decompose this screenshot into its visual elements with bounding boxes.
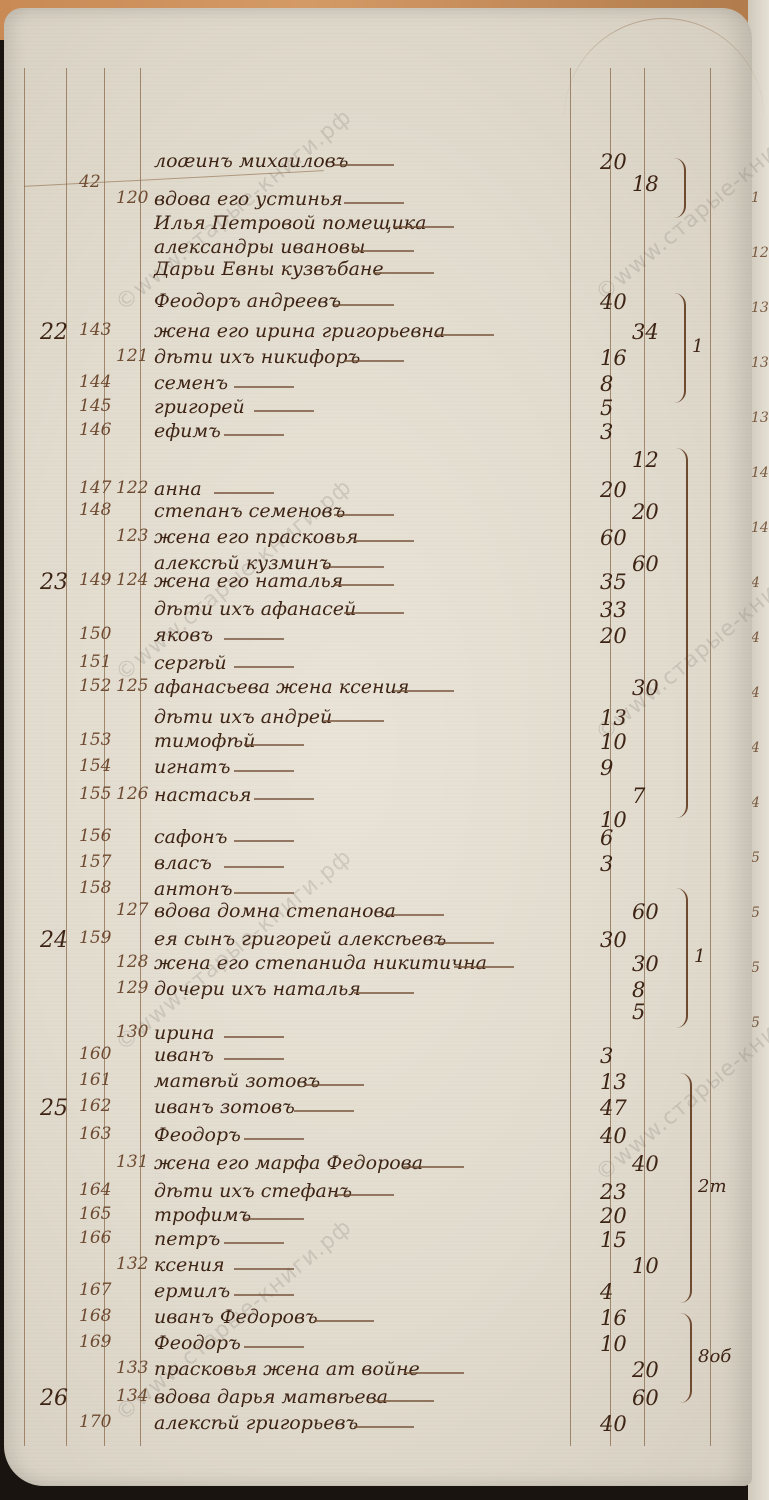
person-name: Илья Петровой помещика bbox=[154, 212, 426, 234]
male-serial-number: 149 bbox=[79, 570, 111, 590]
filler-dash bbox=[224, 866, 284, 868]
ledger-row: 147122анна20 bbox=[4, 478, 752, 502]
person-name: александры ивановы bbox=[154, 236, 365, 258]
filler-dash bbox=[454, 966, 514, 968]
ledger-row: 160иванъ3 bbox=[4, 1044, 752, 1068]
person-name: яковъ bbox=[154, 624, 213, 646]
ledger-row: 130ирина bbox=[4, 1022, 752, 1046]
filler-dash bbox=[324, 566, 384, 568]
female-serial-number: 124 bbox=[116, 570, 148, 590]
female-age: 40 bbox=[632, 1152, 659, 1176]
male-age: 20 bbox=[600, 478, 627, 502]
brace-note: 8об bbox=[698, 1346, 731, 1367]
filler-dash bbox=[244, 744, 304, 746]
filler-dash bbox=[354, 540, 414, 542]
filler-dash bbox=[334, 584, 394, 586]
ledger-row: 121дѣти ихъ никифоръ16 bbox=[4, 346, 752, 370]
ledger-row: 158антонъ bbox=[4, 878, 752, 902]
male-age: 40 bbox=[600, 290, 627, 314]
filler-dash bbox=[404, 1166, 464, 1168]
male-serial-number: 148 bbox=[79, 500, 111, 520]
next-page-number: 4 bbox=[751, 685, 760, 701]
male-age: 20 bbox=[600, 150, 627, 174]
person-name: прасковья жена ат войне bbox=[154, 1358, 420, 1380]
male-age: 16 bbox=[600, 1306, 627, 1330]
filler-dash bbox=[224, 638, 284, 640]
female-age: 60 bbox=[632, 1386, 659, 1410]
female-serial-number: 127 bbox=[116, 900, 148, 920]
filler-dash bbox=[404, 1372, 464, 1374]
person-name: дочери ихъ наталья bbox=[154, 978, 361, 1000]
female-age: 12 bbox=[632, 448, 659, 472]
ledger-row: 5 bbox=[4, 1000, 752, 1024]
female-age: 30 bbox=[632, 676, 659, 700]
filler-dash bbox=[244, 1218, 304, 1220]
brace-mark bbox=[676, 888, 688, 1028]
filler-dash bbox=[344, 360, 404, 362]
next-page-number: 12 bbox=[751, 245, 769, 261]
male-age: 10 bbox=[600, 730, 627, 754]
filler-dash bbox=[434, 334, 494, 336]
person-name: сергѣй bbox=[154, 652, 227, 674]
ledger-row: 24159ея сынъ григорей алексѣевъ30 bbox=[4, 928, 752, 952]
male-serial-number: 167 bbox=[79, 1280, 111, 1300]
person-name: иванъ зотовъ bbox=[154, 1096, 295, 1118]
male-age: 3 bbox=[600, 420, 613, 444]
person-name: ефимъ bbox=[154, 420, 221, 442]
filler-dash bbox=[434, 942, 494, 944]
ledger-row: 152125афанасьева жена ксения30 bbox=[4, 676, 752, 700]
male-serial-number: 151 bbox=[79, 652, 111, 672]
brace-mark bbox=[680, 1073, 692, 1303]
next-page-number: 5 bbox=[751, 905, 760, 921]
ledger-row: 144семенъ8 bbox=[4, 372, 752, 396]
person-name: вдова дарья матвѣева bbox=[154, 1386, 388, 1408]
next-page-number: 14 bbox=[751, 520, 769, 536]
filler-dash bbox=[394, 226, 454, 228]
female-serial-number: 120 bbox=[116, 188, 148, 208]
brace-note: 1 bbox=[694, 946, 705, 967]
ledger-row: 167ермилъ4 bbox=[4, 1280, 752, 1304]
female-serial-number: 126 bbox=[116, 784, 148, 804]
ledger-row: 23149124жена его наталья35 bbox=[4, 570, 752, 594]
filler-dash bbox=[314, 1320, 374, 1322]
filler-dash bbox=[234, 386, 294, 388]
male-serial-number: 161 bbox=[79, 1070, 111, 1090]
person-name: Феодоръ андреевъ bbox=[154, 290, 341, 312]
person-name: ирина bbox=[154, 1022, 214, 1044]
male-serial-number: 143 bbox=[79, 320, 111, 340]
next-page-number: 4 bbox=[751, 795, 760, 811]
next-page-number: 14 bbox=[751, 465, 769, 481]
female-serial-number: 132 bbox=[116, 1254, 148, 1274]
male-age: 13 bbox=[600, 1070, 627, 1094]
brace-note: 1 bbox=[692, 336, 703, 357]
filler-dash bbox=[224, 434, 284, 436]
male-serial-number: 164 bbox=[79, 1180, 111, 1200]
male-age: 13 bbox=[600, 706, 627, 730]
person-name: афанасьева жена ксения bbox=[154, 676, 409, 698]
ledger-row: 157власъ3 bbox=[4, 852, 752, 876]
female-serial-number: 129 bbox=[116, 978, 148, 998]
male-age: 33 bbox=[600, 598, 627, 622]
filler-dash bbox=[394, 690, 454, 692]
male-serial-number: 170 bbox=[79, 1412, 111, 1432]
ledger-row: 154игнатъ9 bbox=[4, 756, 752, 780]
male-serial-number: 144 bbox=[79, 372, 111, 392]
male-age: 8 bbox=[600, 372, 613, 396]
next-page-number: 13 bbox=[751, 410, 769, 426]
person-name: дѣти ихъ никифоръ bbox=[154, 346, 360, 368]
filler-dash bbox=[214, 492, 274, 494]
male-age: 40 bbox=[600, 1124, 627, 1148]
person-name: Феодоръ bbox=[154, 1124, 241, 1146]
male-serial-number: 156 bbox=[79, 826, 111, 846]
person-name: семенъ bbox=[154, 372, 228, 394]
filler-dash bbox=[334, 304, 394, 306]
male-serial-number: 160 bbox=[79, 1044, 111, 1064]
filler-dash bbox=[334, 514, 394, 516]
male-serial-number: 153 bbox=[79, 730, 111, 750]
filler-dash bbox=[244, 1138, 304, 1140]
ledger-row: 145григорей5 bbox=[4, 396, 752, 420]
ledger-row: 155126настасья7 bbox=[4, 784, 752, 808]
ledger-row: 161матвѣй зотовъ13 bbox=[4, 1070, 752, 1094]
ledger-row: 146ефимъ3 bbox=[4, 420, 752, 444]
male-serial-number: 165 bbox=[79, 1204, 111, 1224]
person-name: Феодоръ bbox=[154, 1332, 241, 1354]
ledger-row: 22143жена его ирина григорьевна34 bbox=[4, 320, 752, 344]
next-page-number: 5 bbox=[751, 960, 760, 976]
male-serial-number: 150 bbox=[79, 624, 111, 644]
ledger-row: 151сергѣй bbox=[4, 652, 752, 676]
filler-dash bbox=[374, 1400, 434, 1402]
brace-note: 2m bbox=[698, 1176, 727, 1197]
household-number: 25 bbox=[40, 1096, 68, 1121]
person-name: ермилъ bbox=[154, 1280, 230, 1302]
male-serial-number: 162 bbox=[79, 1096, 111, 1116]
next-page-number: 5 bbox=[751, 850, 760, 866]
filler-dash bbox=[334, 164, 394, 166]
person-name: вдова его устинья bbox=[154, 188, 343, 210]
filler-dash bbox=[354, 1426, 414, 1428]
male-serial-number: 168 bbox=[79, 1306, 111, 1326]
next-page-number: 4 bbox=[751, 740, 760, 756]
person-name: жена его степанида никитична bbox=[154, 952, 487, 974]
person-name: григорей bbox=[154, 396, 245, 418]
male-serial-number: 163 bbox=[79, 1124, 111, 1144]
male-serial-number: 155 bbox=[79, 784, 111, 804]
ledger-page: ©www.старые-книги.рф ©www.старые-книги.р… bbox=[4, 8, 752, 1486]
male-age: 60 bbox=[600, 526, 627, 550]
filler-dash bbox=[244, 1346, 304, 1348]
person-name: иванъ bbox=[154, 1044, 214, 1066]
household-number: 22 bbox=[40, 320, 68, 345]
filler-dash bbox=[234, 1294, 294, 1296]
female-age: 5 bbox=[632, 1000, 645, 1024]
person-name: антонъ bbox=[154, 878, 232, 900]
person-name: жена его марфа Федорова bbox=[154, 1152, 423, 1174]
brace-mark bbox=[674, 293, 686, 403]
ledger-row: Феодоръ андреевъ40 bbox=[4, 290, 752, 314]
male-age: 6 bbox=[600, 826, 613, 850]
male-age: 30 bbox=[600, 928, 627, 952]
filler-dash bbox=[234, 840, 294, 842]
filler-dash bbox=[234, 666, 294, 668]
male-age: 23 bbox=[600, 1180, 627, 1204]
female-age: 60 bbox=[632, 900, 659, 924]
filler-dash bbox=[334, 1194, 394, 1196]
filler-dash bbox=[344, 612, 404, 614]
male-age: 20 bbox=[600, 624, 627, 648]
filler-dash bbox=[254, 798, 314, 800]
male-serial-number: 152 bbox=[79, 676, 111, 696]
male-serial-number: 159 bbox=[79, 928, 111, 948]
person-name: жена его ирина григорьевна bbox=[154, 320, 445, 342]
person-name: Дарьи Евны кузвъбане bbox=[154, 258, 384, 280]
household-number: 24 bbox=[40, 928, 68, 953]
male-serial-number: 154 bbox=[79, 756, 111, 776]
male-age: 20 bbox=[600, 1204, 627, 1228]
filler-dash bbox=[224, 1058, 284, 1060]
filler-dash bbox=[234, 1268, 294, 1270]
filler-dash bbox=[224, 1036, 284, 1038]
ledger-row: 170алексѣй григорьевъ40 bbox=[4, 1412, 752, 1436]
male-serial-number: 158 bbox=[79, 878, 111, 898]
male-serial-number: 169 bbox=[79, 1332, 111, 1352]
female-serial-number: 122 bbox=[116, 478, 148, 498]
ledger-row: 133прасковья жена ат войне20 bbox=[4, 1358, 752, 1382]
person-name: трофимъ bbox=[154, 1204, 251, 1226]
male-age: 4 bbox=[600, 1280, 613, 1304]
male-age: 9 bbox=[600, 756, 613, 780]
female-serial-number: 130 bbox=[116, 1022, 148, 1042]
male-age: 15 bbox=[600, 1228, 627, 1252]
male-age: 40 bbox=[600, 1412, 627, 1436]
filler-dash bbox=[384, 914, 444, 916]
person-name: жена его наталья bbox=[154, 570, 343, 592]
person-name: вдова домна степанова bbox=[154, 900, 396, 922]
person-name: алексѣй григорьевъ bbox=[154, 1412, 358, 1434]
female-age: 10 bbox=[632, 1254, 659, 1278]
ledger-row: 131жена его марфа Федорова40 bbox=[4, 1152, 752, 1176]
person-name: игнатъ bbox=[154, 756, 230, 778]
male-serial-number: 166 bbox=[79, 1228, 111, 1248]
ledger-row: 150яковъ20 bbox=[4, 624, 752, 648]
filler-dash bbox=[294, 1110, 354, 1112]
person-name: настасья bbox=[154, 784, 251, 806]
brace-mark bbox=[676, 448, 688, 818]
ledger-row: 166петръ15 bbox=[4, 1228, 752, 1252]
ledger-row: 156сафонъ6 bbox=[4, 826, 752, 850]
person-name: иванъ Федоровъ bbox=[154, 1306, 318, 1328]
ledger-row: 153тимофѣй10 bbox=[4, 730, 752, 754]
filler-dash bbox=[224, 1242, 284, 1244]
ledger-row: 12 bbox=[4, 448, 752, 472]
ledger-row: лоӕинъ михаиловъ20 bbox=[4, 150, 752, 174]
next-page-number: 4 bbox=[751, 630, 760, 646]
filler-dash bbox=[344, 202, 404, 204]
person-name: анна bbox=[154, 478, 202, 500]
person-name: ея сынъ григорей алексѣевъ bbox=[154, 928, 446, 950]
ledger-row: 127вдова домна степанова60 bbox=[4, 900, 752, 924]
person-name: матвѣй зотовъ bbox=[154, 1070, 320, 1092]
ledger-row: 128жена его степанида никитична30 bbox=[4, 952, 752, 976]
female-age: 30 bbox=[632, 952, 659, 976]
ledger-row: александры ивановы bbox=[4, 236, 752, 260]
filler-dash bbox=[354, 250, 414, 252]
ledger-row: дѣти ихъ афанасей33 bbox=[4, 598, 752, 622]
next-page-number: 13 bbox=[751, 355, 769, 371]
filler-dash bbox=[324, 720, 384, 722]
ledger-row: 26134вдова дарья матвѣева60 bbox=[4, 1386, 752, 1410]
male-age: 5 bbox=[600, 396, 613, 420]
female-age: 34 bbox=[632, 320, 659, 344]
household-number: 23 bbox=[40, 570, 68, 595]
ledger-row: 168иванъ Федоровъ16 bbox=[4, 1306, 752, 1330]
ledger-row: Илья Петровой помещика bbox=[4, 212, 752, 236]
brace-mark bbox=[674, 158, 686, 218]
filler-dash bbox=[304, 1084, 364, 1086]
person-name: степанъ семеновъ bbox=[154, 500, 345, 522]
filler-dash bbox=[234, 770, 294, 772]
person-name: жена его прасковья bbox=[154, 526, 358, 548]
person-name: петръ bbox=[154, 1228, 220, 1250]
person-name: дѣти ихъ андрей bbox=[154, 706, 332, 728]
female-age: 8 bbox=[632, 978, 645, 1002]
person-name: дѣти ихъ афанасей bbox=[154, 598, 356, 620]
filler-dash bbox=[234, 892, 294, 894]
ledger-row: 148степанъ семеновъ20 bbox=[4, 500, 752, 524]
ledger-row: 163Феодоръ40 bbox=[4, 1124, 752, 1148]
male-serial-number: 147 bbox=[79, 478, 111, 498]
ledger-row: 169Феодоръ10 bbox=[4, 1332, 752, 1356]
male-age: 3 bbox=[600, 1044, 613, 1068]
ledger-row: 120вдова его устинья bbox=[4, 188, 752, 212]
female-serial-number: 131 bbox=[116, 1152, 148, 1172]
female-age: 7 bbox=[632, 784, 645, 808]
ledger-row: 25162иванъ зотовъ47 bbox=[4, 1096, 752, 1120]
person-name: ксения bbox=[154, 1254, 225, 1276]
ledger-row: Дарьи Евны кузвъбане bbox=[4, 258, 752, 282]
female-age: 20 bbox=[632, 1358, 659, 1382]
ledger-row: 164дѣти ихъ стефанъ23 bbox=[4, 1180, 752, 1204]
female-serial-number: 125 bbox=[116, 676, 148, 696]
female-serial-number: 123 bbox=[116, 526, 148, 546]
person-name: лоӕинъ михаиловъ bbox=[154, 150, 348, 172]
ledger-row: 132ксения10 bbox=[4, 1254, 752, 1278]
male-age: 47 bbox=[600, 1096, 627, 1120]
person-name: власъ bbox=[154, 852, 212, 874]
male-serial-number: 145 bbox=[79, 396, 111, 416]
female-age: 20 bbox=[632, 500, 659, 524]
brace-mark bbox=[680, 1313, 692, 1403]
person-name: сафонъ bbox=[154, 826, 227, 848]
ledger-row: 123жена его прасковья60 bbox=[4, 526, 752, 550]
male-age: 3 bbox=[600, 852, 613, 876]
female-serial-number: 134 bbox=[116, 1386, 148, 1406]
ledger-row: дѣти ихъ андрей13 bbox=[4, 706, 752, 730]
next-page-number: 13 bbox=[751, 300, 769, 316]
filler-dash bbox=[374, 272, 434, 274]
female-serial-number: 133 bbox=[116, 1358, 148, 1378]
female-serial-number: 121 bbox=[116, 346, 148, 366]
ledger-row: 165трофимъ20 bbox=[4, 1204, 752, 1228]
male-age: 10 bbox=[600, 1332, 627, 1356]
household-number: 26 bbox=[40, 1386, 68, 1411]
filler-dash bbox=[354, 992, 414, 994]
person-name: дѣти ихъ стефанъ bbox=[154, 1180, 352, 1202]
person-name: тимофѣй bbox=[154, 730, 255, 752]
male-age: 16 bbox=[600, 346, 627, 370]
male-age: 35 bbox=[600, 570, 627, 594]
male-serial-number: 146 bbox=[79, 420, 111, 440]
ledger-row: 129дочери ихъ наталья8 bbox=[4, 978, 752, 1002]
filler-dash bbox=[254, 410, 314, 412]
female-serial-number: 128 bbox=[116, 952, 148, 972]
male-serial-number: 157 bbox=[79, 852, 111, 872]
